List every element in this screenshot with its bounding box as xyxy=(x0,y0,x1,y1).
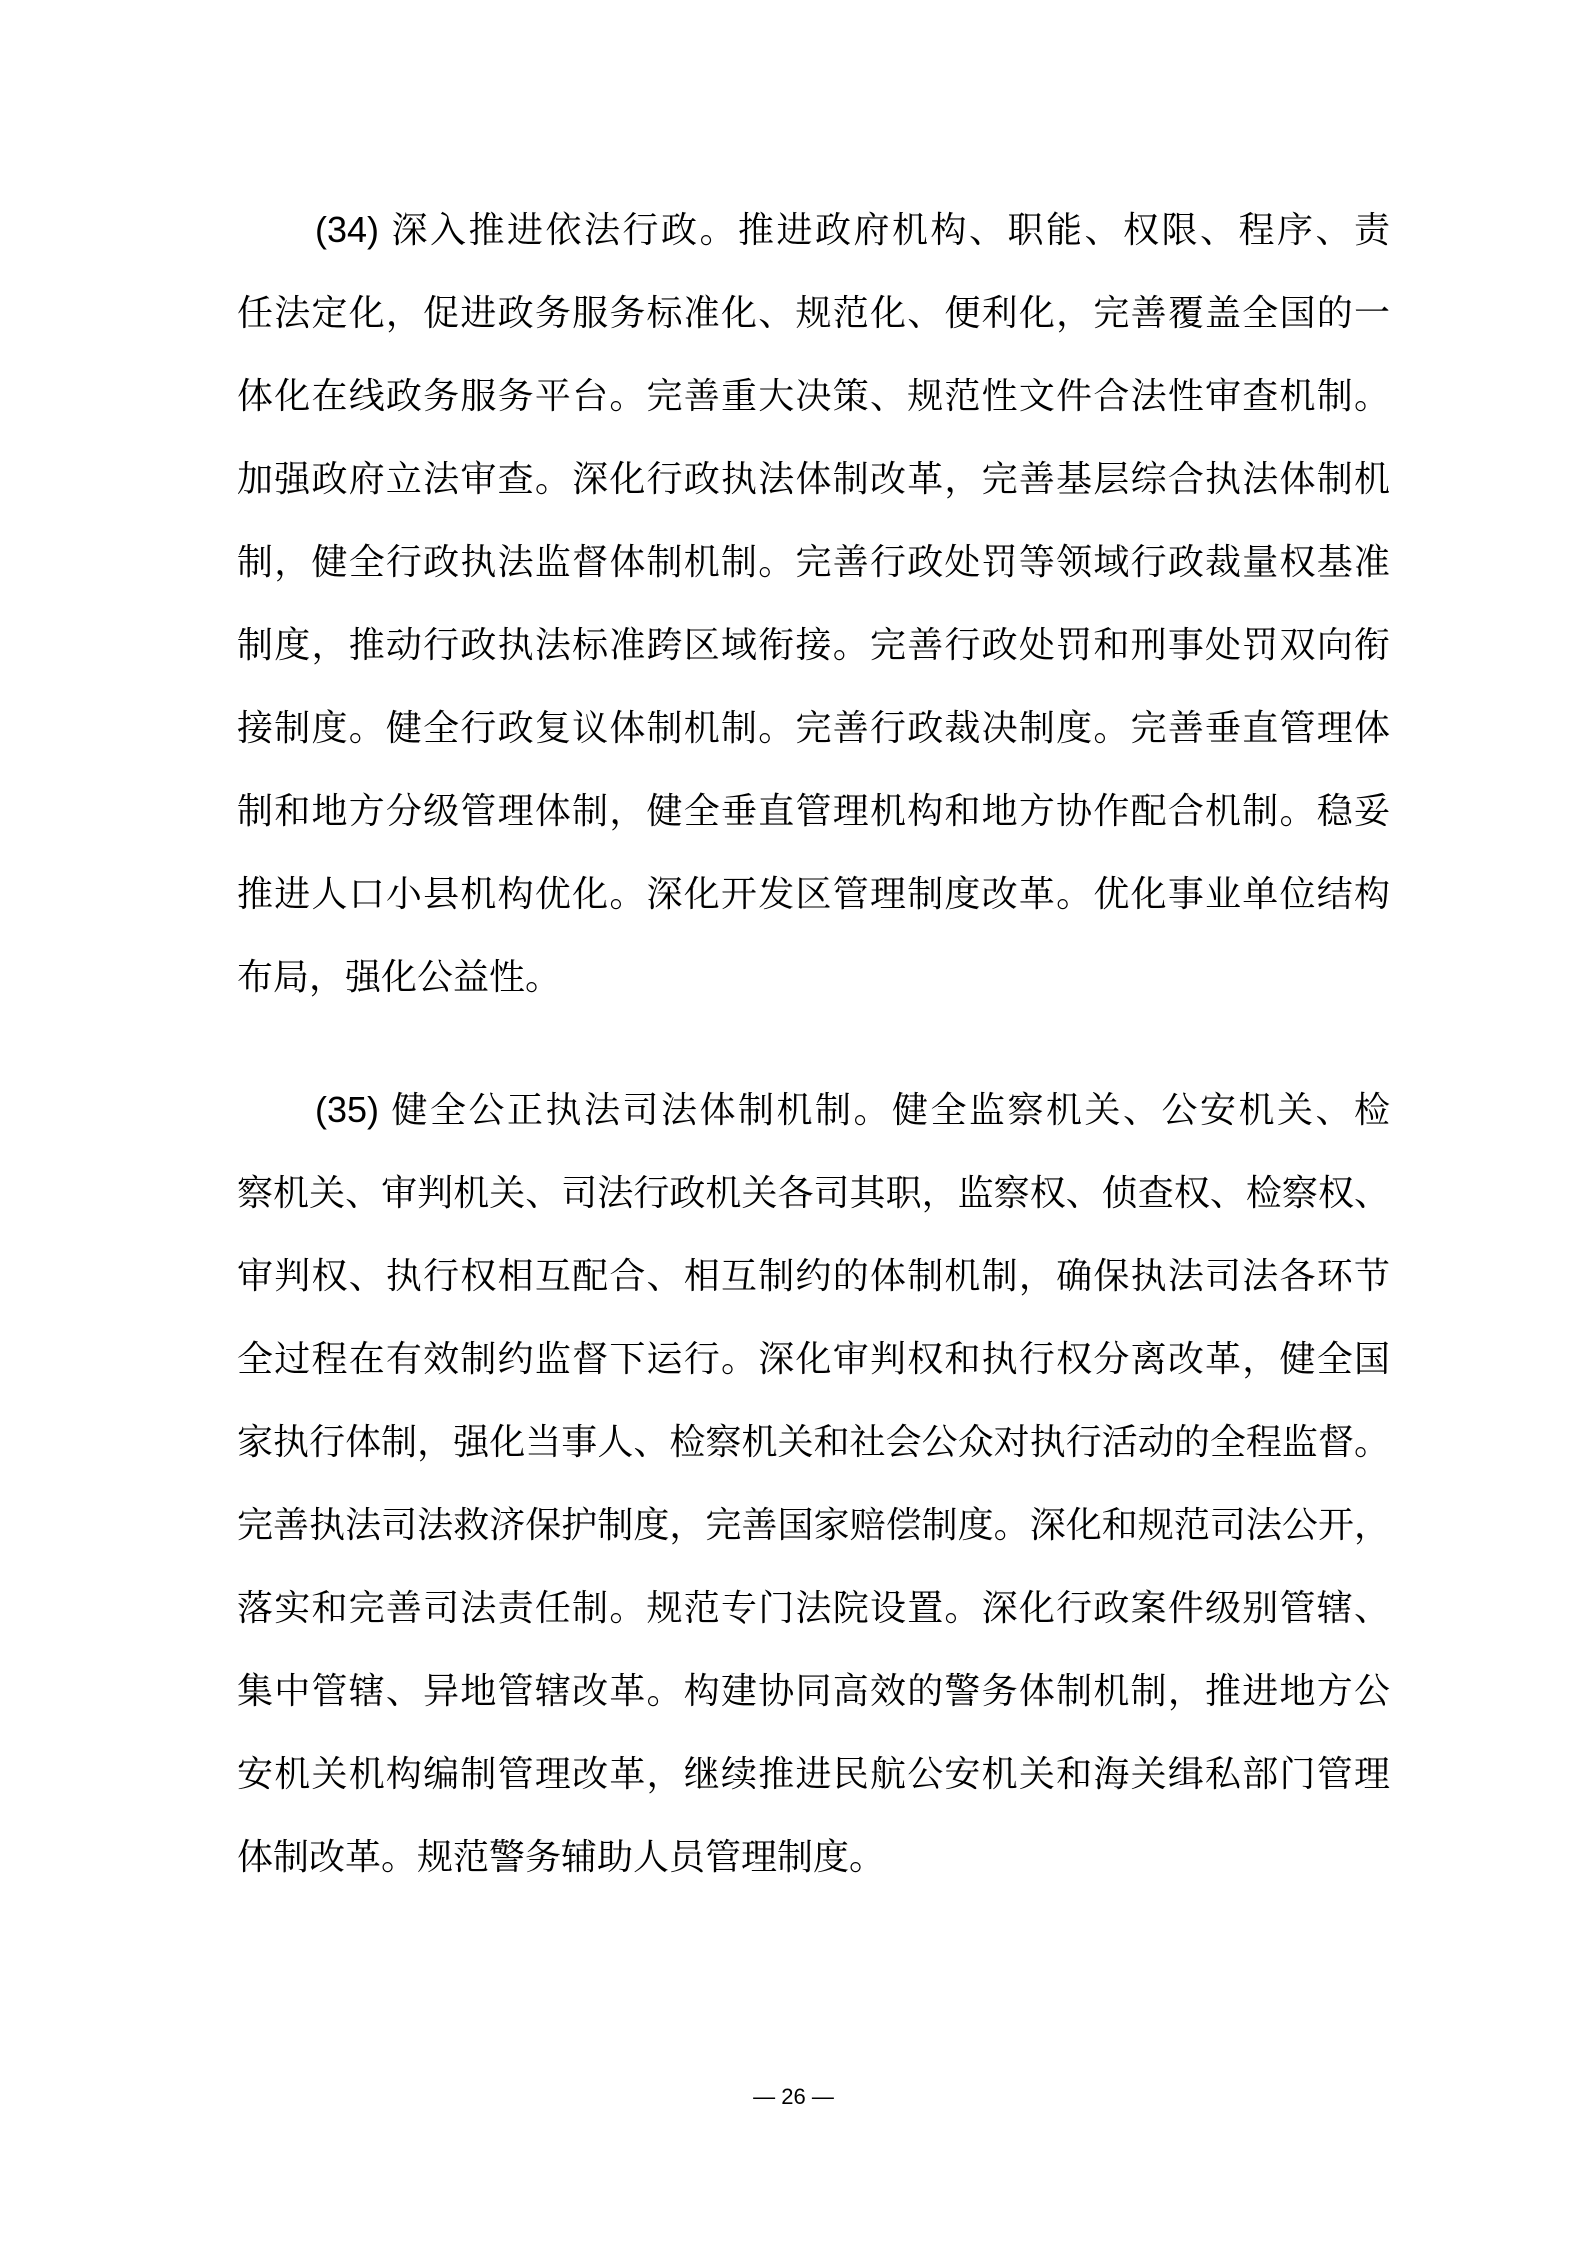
document-body: (34) 深入推进依法行政。推进政府机构、职能、权限、程序、责 任法定化，促进政… xyxy=(237,188,1390,1898)
text-line: 落实和完善司法责任制。规范专门法院设置。深化行政案件级别管辖、 xyxy=(237,1566,1390,1649)
text-line: 推进人口小县机构优化。深化开发区管理制度改革。优化事业单位结构 xyxy=(237,852,1390,935)
text-line: 集中管辖、异地管辖改革。构建协同高效的警务体制机制，推进地方公 xyxy=(237,1649,1390,1732)
document-page: (34) 深入推进依法行政。推进政府机构、职能、权限、程序、责 任法定化，促进政… xyxy=(0,0,1587,2245)
text-line: 审判权、执行权相互配合、相互制约的体制机制，确保执法司法各环节 xyxy=(237,1234,1390,1317)
text-line: 安机关机构编制管理改革，继续推进民航公安机关和海关缉私部门管理 xyxy=(237,1732,1390,1815)
text-line: 布局，强化公益性。 xyxy=(237,935,1390,1018)
text-line: 制度，推动行政执法标准跨区域衔接。完善行政处罚和刑事处罚双向衔 xyxy=(237,603,1390,686)
text-line: 察机关、审判机关、司法行政机关各司其职，监察权、侦查权、检察权、 xyxy=(237,1151,1390,1234)
text-line: 制，健全行政执法监督体制机制。完善行政处罚等领域行政裁量权基准 xyxy=(237,520,1390,603)
text-line: (35) 健全公正执法司法体制机制。健全监察机关、公安机关、检 xyxy=(237,1068,1390,1151)
text-line: 制和地方分级管理体制，健全垂直管理机构和地方协作配合机制。稳妥 xyxy=(237,769,1390,852)
text-line: 体化在线政务服务平台。完善重大决策、规范性文件合法性审查机制。 xyxy=(237,354,1390,437)
text-line: (34) 深入推进依法行政。推进政府机构、职能、权限、程序、责 xyxy=(237,188,1390,271)
text-line: 家执行体制，强化当事人、检察机关和社会公众对执行活动的全程监督。 xyxy=(237,1400,1390,1483)
paragraph-35: (35) 健全公正执法司法体制机制。健全监察机关、公安机关、检 察机关、审判机关… xyxy=(237,1068,1390,1898)
text-line: 完善执法司法救济保护制度，完善国家赔偿制度。深化和规范司法公开， xyxy=(237,1483,1390,1566)
text-line: 全过程在有效制约监督下运行。深化审判权和执行权分离改革，健全国 xyxy=(237,1317,1390,1400)
text-line: 加强政府立法审查。深化行政执法体制改革，完善基层综合执法体制机 xyxy=(237,437,1390,520)
text-line: 体制改革。规范警务辅助人员管理制度。 xyxy=(237,1815,1390,1898)
page-number: — 26 — xyxy=(0,2082,1587,2112)
text-line: 任法定化，促进政务服务标准化、规范化、便利化，完善覆盖全国的一 xyxy=(237,271,1390,354)
paragraph-34: (34) 深入推进依法行政。推进政府机构、职能、权限、程序、责 任法定化，促进政… xyxy=(237,188,1390,1018)
text-line: 接制度。健全行政复议体制机制。完善行政裁决制度。完善垂直管理体 xyxy=(237,686,1390,769)
